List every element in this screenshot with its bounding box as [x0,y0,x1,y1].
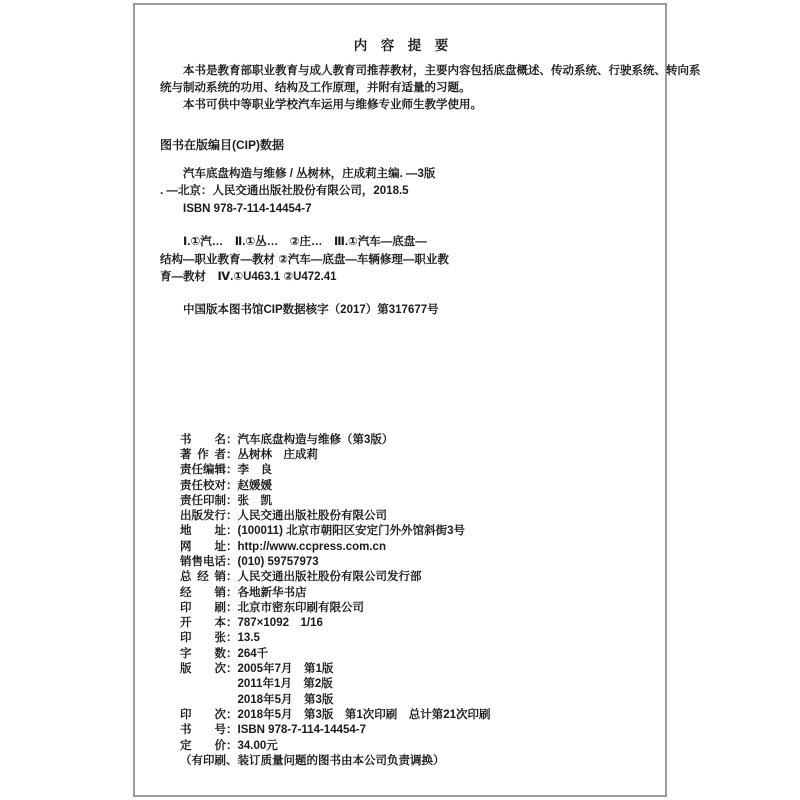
field-colon: ： [226,724,238,736]
cip-classification-line: 结构—职业教育—教材 ②汽车—底盘—车辆修理—职业教 [160,252,642,270]
colophon-row-website: 网址：http://www.ccpress.com.cn [180,540,642,555]
field-value: 李 良 [238,464,273,476]
field-value: 2005年7月 第1版 [238,663,334,675]
field-colon: ： [226,587,238,599]
cip-classification: Ⅰ.①汽… Ⅱ.①丛… ②庄… Ⅲ.①汽车—底盘— 结构—职业教育—教材 ②汽车… [160,234,642,287]
field-label: 经销 [180,586,226,601]
field-colon: ： [226,632,238,644]
field-colon: ： [226,464,238,476]
field-label: 网址 [180,540,226,555]
colophon-row-format: 开本：787×1092 1/16 [180,616,642,631]
field-label: 版次 [180,662,226,677]
summary-paragraph-line: 本书是教育部职业教育与成人教育司推荐教材，主要内容包括底盘概述、传动系统、行驶系… [160,63,642,80]
field-colon: ： [226,740,238,752]
field-value: 丛树林 庄成莉 [238,449,319,461]
field-value: 13.5 [238,632,260,644]
field-colon: ： [226,525,238,537]
field-label: 责任印制 [180,494,226,509]
cip-heading: 图书在版编目(CIP)数据 [160,137,642,153]
cip-classification-line: Ⅰ.①汽… Ⅱ.①丛… ②庄… Ⅲ.①汽车—底盘— [160,234,642,252]
field-colon: ： [226,449,238,461]
quality-note: （有印刷、装订质量问题的图书由本公司负责调换） [180,754,642,769]
colophon-row-printing: 印次：2018年5月 第3版 第1次印刷 总计第21次印刷 [180,708,642,723]
field-value: http://www.ccpress.com.cn [238,541,386,553]
field-label: 印刷 [180,601,226,616]
colophon-row-sales-phone: 销售电话：(010) 59757973 [180,555,642,570]
colophon-row-price: 定价：34.00元 [180,739,642,754]
field-label: 印张 [180,631,226,646]
summary-paragraph-line: 统与制动系统的功用、结构及工作原理，并附有适量的习题。 [160,80,642,97]
field-label: 责任校对 [180,479,226,494]
field-colon: ： [226,495,238,507]
field-value: 2018年5月 第3版 [238,694,334,706]
field-value: 各地新华书店 [238,587,307,599]
cip-line: . —北京：人民交通出版社股份有限公司，2018.5 [160,183,642,201]
colophon-row-general-distributor: 总经销：人民交通出版社股份有限公司发行部 [180,570,642,585]
field-label: 定价 [180,739,226,754]
colophon-row-distributor: 经销：各地新华书店 [180,586,642,601]
field-value: ISBN 978-7-114-14454-7 [238,724,367,736]
field-label: 印次 [180,708,226,723]
summary-title: 内容提要 [160,38,642,54]
colophon-row-edition-continued: ：2011年1月 第2版 [180,677,642,692]
colophon-row-word-count: 字数：264千 [180,647,642,662]
field-label: 总经销 [180,570,226,585]
field-value: (010) 59757973 [238,556,319,568]
colophon-row-publisher: 出版发行：人民交通出版社股份有限公司 [180,509,642,524]
colophon-row-print-supervisor: 责任印制：张 凯 [180,494,642,509]
field-label: 开本 [180,616,226,631]
field-colon: ： [226,434,238,446]
field-value: 赵媛媛 [238,480,273,492]
field-value: 汽车底盘构造与维修（第3版） [238,434,394,446]
field-value: 34.00元 [238,740,278,752]
cip-description: 汽车底盘构造与维修 / 丛树林，庄成莉主编. —3版 . —北京：人民交通出版社… [160,166,642,219]
field-value: 北京市密东印刷有限公司 [238,602,365,614]
field-colon: ： [226,648,238,660]
colophon-row-book-title: 书名：汽车底盘构造与维修（第3版） [180,433,642,448]
field-value: 张 凯 [238,495,273,507]
field-colon: ： [226,663,238,675]
field-label: 书名 [180,433,226,448]
colophon-row-proofreader: 责任校对：赵媛媛 [180,479,642,494]
field-value: 2018年5月 第3版 第1次印刷 总计第21次印刷 [238,709,491,721]
cip-classification-line: 育—教材 Ⅳ.①U463.1 ②U472.41 [160,269,642,287]
page-frame: 内容提要 本书是教育部职业教育与成人教育司推荐教材，主要内容包括底盘概述、传动系… [133,3,667,797]
summary-paragraph-line: 本书可供中等职业学校汽车运用与维修专业师生教学使用。 [160,97,642,114]
field-label: 字数 [180,647,226,662]
field-label: 地址 [180,524,226,539]
colophon-row-address: 地址：(100011) 北京市朝阳区安定门外外馆斜街3号 [180,524,642,539]
field-colon: ： [226,617,238,629]
field-value: 2011年1月 第2版 [238,678,333,690]
field-colon: ： [226,571,238,583]
colophon-row-printer: 印刷：北京市密东印刷有限公司 [180,601,642,616]
summary-section: 本书是教育部职业教育与成人教育司推荐教材，主要内容包括底盘概述、传动系统、行驶系… [160,63,642,115]
field-value: 787×1092 1/16 [238,617,323,629]
colophon-row-editor: 责任编辑：李 良 [180,463,642,478]
cip-line: ISBN 978-7-114-14454-7 [160,201,642,219]
cip-record-number: 中国版本图书馆CIP数据核字（2017）第317677号 [160,302,642,319]
field-value: 264千 [238,648,269,660]
field-value: 人民交通出版社股份有限公司 [238,510,388,522]
field-label: 出版发行 [180,509,226,524]
field-colon: ： [226,709,238,721]
copyright-page: 内容提要 本书是教育部职业教育与成人教育司推荐教材，主要内容包括底盘概述、传动系… [0,0,800,800]
field-value: (100011) 北京市朝阳区安定门外外馆斜街3号 [238,525,466,537]
colophon-row-edition-continued: ：2018年5月 第3版 [180,693,642,708]
field-label: 销售电话 [180,555,226,570]
field-colon: ： [226,556,238,568]
field-colon: ： [226,480,238,492]
colophon-row-sheets: 印张：13.5 [180,631,642,646]
colophon-row-authors: 著作者：丛树林 庄成莉 [180,448,642,463]
cip-line: 汽车底盘构造与维修 / 丛树林，庄成莉主编. —3版 [160,166,642,184]
colophon-row-isbn: 书号：ISBN 978-7-114-14454-7 [180,723,642,738]
colophon-row-edition: 版次：2005年7月 第1版 [180,662,642,677]
field-label: 著作者 [180,448,226,463]
field-colon: ： [226,541,238,553]
field-colon: ： [226,602,238,614]
field-label: 书号 [180,723,226,738]
field-label: 责任编辑 [180,463,226,478]
field-colon: ： [226,510,238,522]
field-value: 人民交通出版社股份有限公司发行部 [238,571,422,583]
colophon-section: 书名：汽车底盘构造与维修（第3版） 著作者：丛树林 庄成莉 责任编辑：李 良 责… [180,433,642,770]
